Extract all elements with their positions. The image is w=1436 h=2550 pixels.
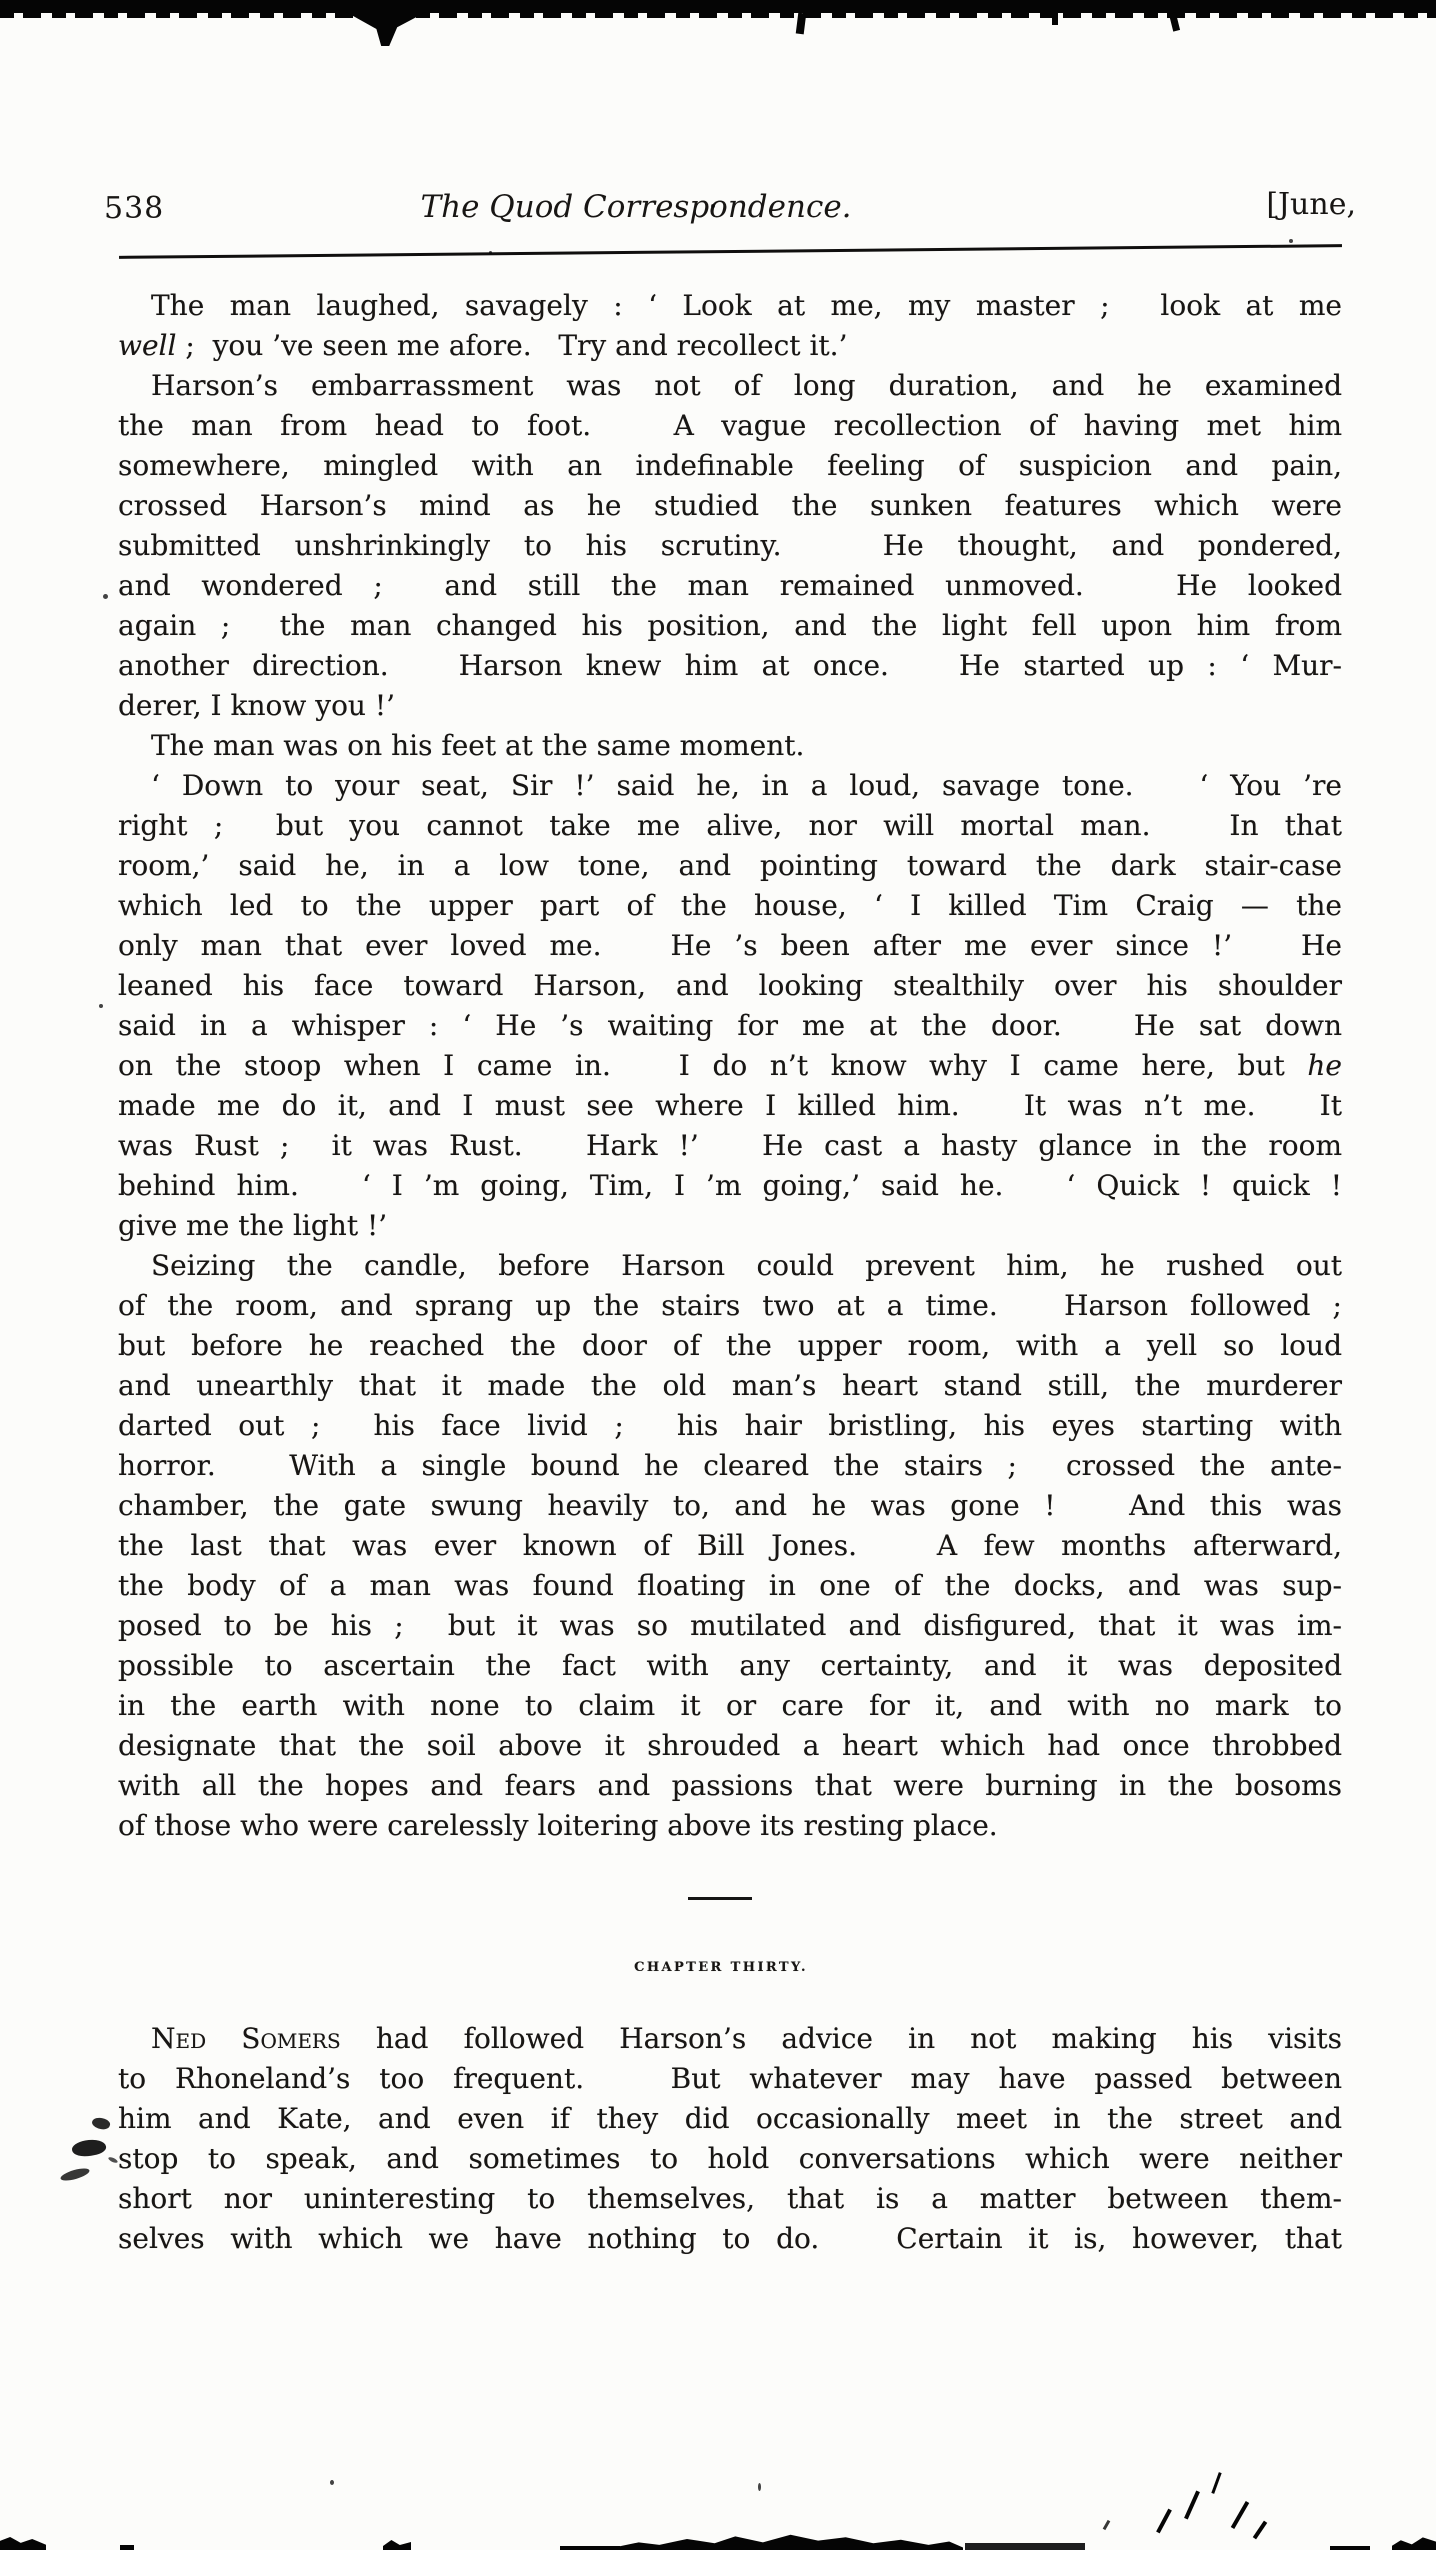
text-line: only man that ever loved me. He ’s been … bbox=[118, 926, 1342, 966]
text-line: the body of a man was found floating in … bbox=[118, 1566, 1342, 1606]
paragraph: The man laughed, savagely : ‘ Look at me… bbox=[118, 286, 1342, 366]
text-line: darted out ; his face livid ; his hair b… bbox=[118, 1406, 1342, 1446]
scan-bottom-fringe bbox=[1392, 2536, 1436, 2550]
text-line: in the earth with none to claim it or ca… bbox=[118, 1686, 1342, 1726]
section-divider-rule bbox=[688, 1897, 752, 1900]
scan-top-band bbox=[0, 0, 1436, 13]
scan-hatch-mark bbox=[1231, 2501, 1249, 2529]
text-line: the man from head to foot. A vague recol… bbox=[118, 406, 1342, 446]
text-line: The man was on his feet at the same mome… bbox=[118, 726, 1342, 766]
header-rule bbox=[119, 244, 1342, 259]
scan-hatch-mark bbox=[1184, 2490, 1200, 2519]
text-line: ‘ Down to your seat, Sir !’ said he, in … bbox=[118, 766, 1342, 806]
text-line: with all the hopes and fears and passion… bbox=[118, 1766, 1342, 1806]
scan-bottom-fringe bbox=[560, 2546, 620, 2550]
scan-bottom-fringe bbox=[1330, 2546, 1370, 2550]
body-text: The man laughed, savagely : ‘ Look at me… bbox=[118, 286, 1342, 1846]
text-line: the last that was ever known of Bill Jon… bbox=[118, 1526, 1342, 1566]
scanned-book-page: 538 The Quod Correspondence. [June, The … bbox=[0, 0, 1436, 2550]
text-line: of the room, and sprang up the stairs tw… bbox=[118, 1286, 1342, 1326]
scan-bottom-fringe bbox=[120, 2545, 134, 2550]
text-line: stop to speak, and sometimes to hold con… bbox=[118, 2139, 1342, 2179]
text-line: short nor uninteresting to themselves, t… bbox=[118, 2179, 1342, 2219]
text-line: made me do it, and I must see where I ki… bbox=[118, 1086, 1342, 1126]
text-line: Ned Somers had followed Harson’s advice … bbox=[118, 2019, 1342, 2059]
text-line: derer, I know you !’ bbox=[118, 686, 1342, 726]
scan-speck bbox=[711, 204, 715, 208]
text-line: well ; you ’ve seen me afore. Try and re… bbox=[118, 326, 1342, 366]
chapter-text: Ned Somers had followed Harson’s advice … bbox=[118, 2019, 1342, 2259]
scan-ink-blot bbox=[108, 2156, 119, 2164]
text-line: room,’ said he, in a low tone, and point… bbox=[118, 846, 1342, 886]
issue-date: [June, bbox=[1266, 186, 1356, 224]
scan-speck bbox=[99, 1004, 103, 1008]
scan-hatch-mark bbox=[1103, 2520, 1111, 2530]
scan-ink-drip bbox=[346, 12, 426, 46]
text-line: somewhere, mingled with an indefinable f… bbox=[118, 446, 1342, 486]
scan-ink-blot bbox=[71, 2137, 107, 2159]
text-line: on the stoop when I came in. I do n’t kn… bbox=[118, 1046, 1342, 1086]
scan-hatch-mark bbox=[1253, 2521, 1268, 2540]
scan-bottom-fringe bbox=[0, 2537, 46, 2550]
text-line: horror. With a single bound he cleared t… bbox=[118, 1446, 1342, 1486]
page-number: 538 bbox=[104, 190, 164, 228]
scan-ink-blot bbox=[59, 2166, 90, 2183]
text-line: but before he reached the door of the up… bbox=[118, 1326, 1342, 1366]
scan-ink-blot bbox=[91, 2115, 112, 2131]
text-line: him and Kate, and even if they did occas… bbox=[118, 2099, 1342, 2139]
scan-mark bbox=[1052, 13, 1058, 25]
text-line: which led to the upper part of the house… bbox=[118, 886, 1342, 926]
text-line: give me the light !’ bbox=[118, 1206, 1342, 1246]
scan-speck bbox=[489, 251, 492, 254]
text-line: crossed Harson’s mind as he studied the … bbox=[118, 486, 1342, 526]
text-line: was Rust ; it was Rust. Hark !’ He cast … bbox=[118, 1126, 1342, 1166]
paragraph: The man was on his feet at the same mome… bbox=[118, 726, 1342, 766]
text-line: and unearthly that it made the old man’s… bbox=[118, 1366, 1342, 1406]
scan-speck bbox=[758, 2483, 761, 2491]
scan-bottom-fringe bbox=[383, 2540, 411, 2550]
paragraph: Ned Somers had followed Harson’s advice … bbox=[118, 2019, 1342, 2259]
scan-hatch-mark bbox=[1156, 2509, 1172, 2534]
text-line: possible to ascertain the fact with any … bbox=[118, 1646, 1342, 1686]
text-line: behind him. ‘ I ’m going, Tim, I ’m goin… bbox=[118, 1166, 1342, 1206]
page-header: 538 The Quod Correspondence. [June, bbox=[0, 188, 1436, 232]
text-line: another direction. Harson knew him at on… bbox=[118, 646, 1342, 686]
text-line: selves with which we have nothing to do.… bbox=[118, 2219, 1342, 2259]
text-line: designate that the soil above it shroude… bbox=[118, 1726, 1342, 1766]
scan-speck bbox=[103, 594, 108, 599]
text-line: of those who were carelessly loitering a… bbox=[118, 1806, 1342, 1846]
scan-top-ragged-edge bbox=[0, 13, 1436, 18]
text-line: leaned his face toward Harson, and looki… bbox=[118, 966, 1342, 1006]
text-line: submitted unshrinkingly to his scrutiny.… bbox=[118, 526, 1342, 566]
paragraph: Seizing the candle, before Harson could … bbox=[118, 1246, 1342, 1846]
text-line: and wondered ; and still the man remaine… bbox=[118, 566, 1342, 606]
scan-bottom-fringe bbox=[618, 2533, 963, 2550]
chapter-heading: CHAPTER THIRTY. bbox=[118, 1960, 1324, 1975]
text-line: The man laughed, savagely : ‘ Look at me… bbox=[118, 286, 1342, 326]
text-line: said in a whisper : ‘ He ’s waiting for … bbox=[118, 1006, 1342, 1046]
text-line: again ; the man changed his position, an… bbox=[118, 606, 1342, 646]
text-line: Seizing the candle, before Harson could … bbox=[118, 1246, 1342, 1286]
scan-hatch-mark bbox=[1211, 2472, 1221, 2494]
running-title: The Quod Correspondence. bbox=[420, 188, 851, 226]
text-line: Harson’s embarrassment was not of long d… bbox=[118, 366, 1342, 406]
scan-speck bbox=[330, 2480, 334, 2485]
scan-mark bbox=[796, 13, 806, 35]
scan-bottom-fringe bbox=[965, 2543, 1085, 2550]
text-line: posed to be his ; but it was so mutilate… bbox=[118, 1606, 1342, 1646]
text-line: to Rhoneland’s too frequent. But whateve… bbox=[118, 2059, 1342, 2099]
text-line: right ; but you cannot take me alive, no… bbox=[118, 806, 1342, 846]
scan-speck bbox=[1289, 239, 1293, 243]
text-line: chamber, the gate swung heavily to, and … bbox=[118, 1486, 1342, 1526]
paragraph: Harson’s embarrassment was not of long d… bbox=[118, 366, 1342, 726]
paragraph: ‘ Down to your seat, Sir !’ said he, in … bbox=[118, 766, 1342, 1246]
